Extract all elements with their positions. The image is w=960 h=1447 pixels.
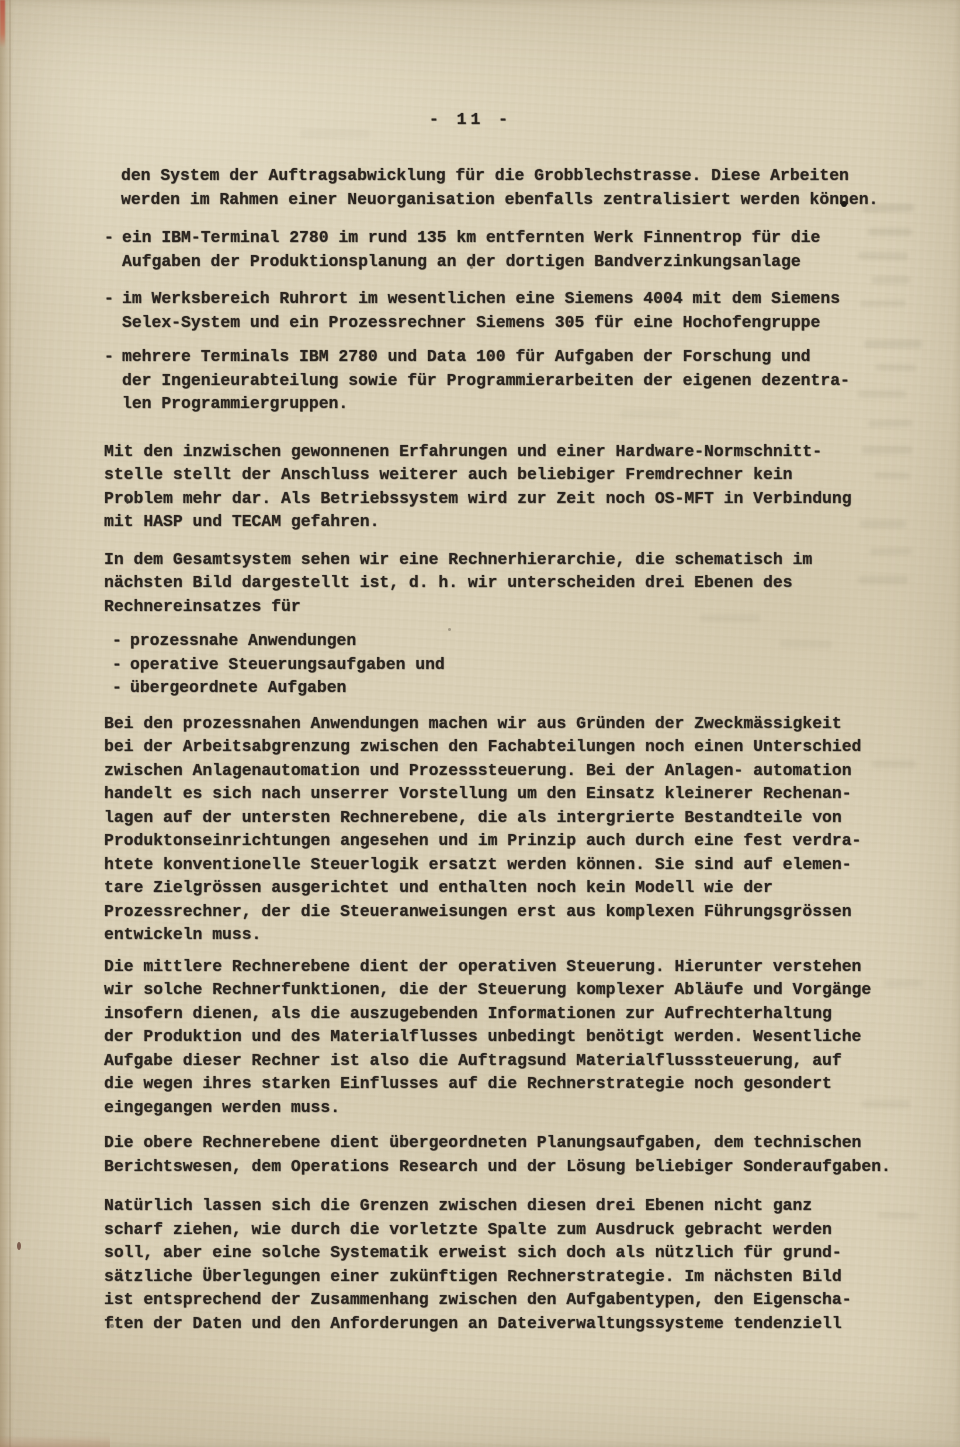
bleedthrough-smudge bbox=[874, 472, 910, 480]
paragraph-obere-rechnerebene: Die obere Rechnerebene dient übergeordne… bbox=[104, 1131, 920, 1178]
page-edge-line bbox=[9, 0, 11, 1447]
bullet-dash: - bbox=[112, 653, 130, 677]
bleedthrough-smudge bbox=[860, 520, 906, 528]
bleedthrough-smudge bbox=[878, 1212, 918, 1220]
paragraph-rechnerhierarchie: In dem Gesamtsystem sehen wir eine Rechn… bbox=[104, 548, 920, 619]
bottom-corner-shadow bbox=[0, 1435, 110, 1447]
bleedthrough-smudge bbox=[862, 446, 912, 454]
bleedthrough-smudge bbox=[872, 760, 916, 768]
bullet-item-uebergeordnete: - übergeordnete Aufgaben bbox=[112, 676, 920, 700]
bleedthrough-smudge bbox=[862, 1100, 910, 1108]
ink-speck bbox=[470, 266, 473, 269]
bullet-text: mehrere Terminals IBM 2780 und Data 100 … bbox=[122, 345, 920, 416]
paragraph-intro-continuation: den System der Auftragsabwicklung für di… bbox=[121, 164, 920, 211]
bleedthrough-smudge bbox=[860, 300, 906, 308]
red-edge-mark bbox=[0, 0, 5, 48]
bullet-item-siemens-4004: - im Werksbereich Ruhrort im wesentliche… bbox=[104, 287, 920, 334]
bullet-dash: - bbox=[112, 629, 130, 653]
bleedthrough-smudge bbox=[884, 980, 922, 988]
bullet-text: übergeordnete Aufgaben bbox=[130, 676, 920, 700]
page-edge-shadow bbox=[0, 0, 14, 1447]
bullet-dash: - bbox=[104, 345, 122, 416]
bleedthrough-smudge bbox=[300, 130, 370, 138]
ink-speck bbox=[17, 1242, 21, 1250]
page-number: - 11 - bbox=[429, 110, 512, 129]
scanned-document-page: - 11 - den System der Auftragsabwicklung… bbox=[0, 0, 960, 1447]
bleedthrough-smudge bbox=[864, 340, 922, 348]
bleedthrough-smudge bbox=[876, 364, 916, 372]
bullet-item-ibm-terminal: - ein IBM-Terminal 2780 im rund 135 km e… bbox=[104, 226, 920, 273]
bleedthrough-smudge bbox=[868, 420, 912, 428]
bleedthrough-smudge bbox=[780, 640, 832, 649]
bleedthrough-smudge bbox=[620, 410, 680, 418]
bleedthrough-smudge bbox=[858, 252, 908, 261]
ink-speck bbox=[126, 498, 129, 504]
document-body: den System der Auftragsabwicklung für di… bbox=[104, 164, 920, 1335]
paragraph-mittlere-rechnerebene: Die mittlere Rechnerebene dient der oper… bbox=[104, 955, 920, 1120]
bullet-dash: - bbox=[112, 676, 130, 700]
bleedthrough-smudge bbox=[870, 548, 912, 556]
paragraph-hardware-erfahrungen: Mit den inzwischen gewonnenen Erfahrunge… bbox=[104, 440, 920, 534]
ink-speck bbox=[110, 1324, 114, 1328]
bleedthrough-smudge bbox=[858, 576, 908, 584]
bleedthrough-smudge bbox=[872, 276, 910, 284]
paragraph-grenzen-ebenen: Natürlich lassen sich die Grenzen zwisch… bbox=[104, 1194, 920, 1335]
ink-speck bbox=[841, 201, 847, 207]
bullet-text: ein IBM-Terminal 2780 im rund 135 km ent… bbox=[122, 226, 920, 273]
bullet-item-terminals-data100: - mehrere Terminals IBM 2780 und Data 10… bbox=[104, 345, 920, 416]
bleedthrough-smudge bbox=[858, 390, 906, 398]
bullet-text: im Werksbereich Ruhrort im wesentlichen … bbox=[122, 287, 920, 334]
bullet-text: operative Steuerungsaufgaben und bbox=[130, 653, 920, 677]
bullet-item-operative: - operative Steuerungsaufgaben und bbox=[112, 653, 920, 677]
bleedthrough-smudge bbox=[862, 204, 914, 213]
bleedthrough-smudge bbox=[868, 228, 912, 236]
ink-speck bbox=[448, 628, 451, 631]
bullet-dash: - bbox=[104, 287, 122, 334]
bleedthrough-smudge bbox=[700, 614, 760, 622]
bullet-dash: - bbox=[104, 226, 122, 273]
paragraph-anlagenautomation: Bei den prozessnahen Anwendungen machen … bbox=[104, 712, 920, 947]
